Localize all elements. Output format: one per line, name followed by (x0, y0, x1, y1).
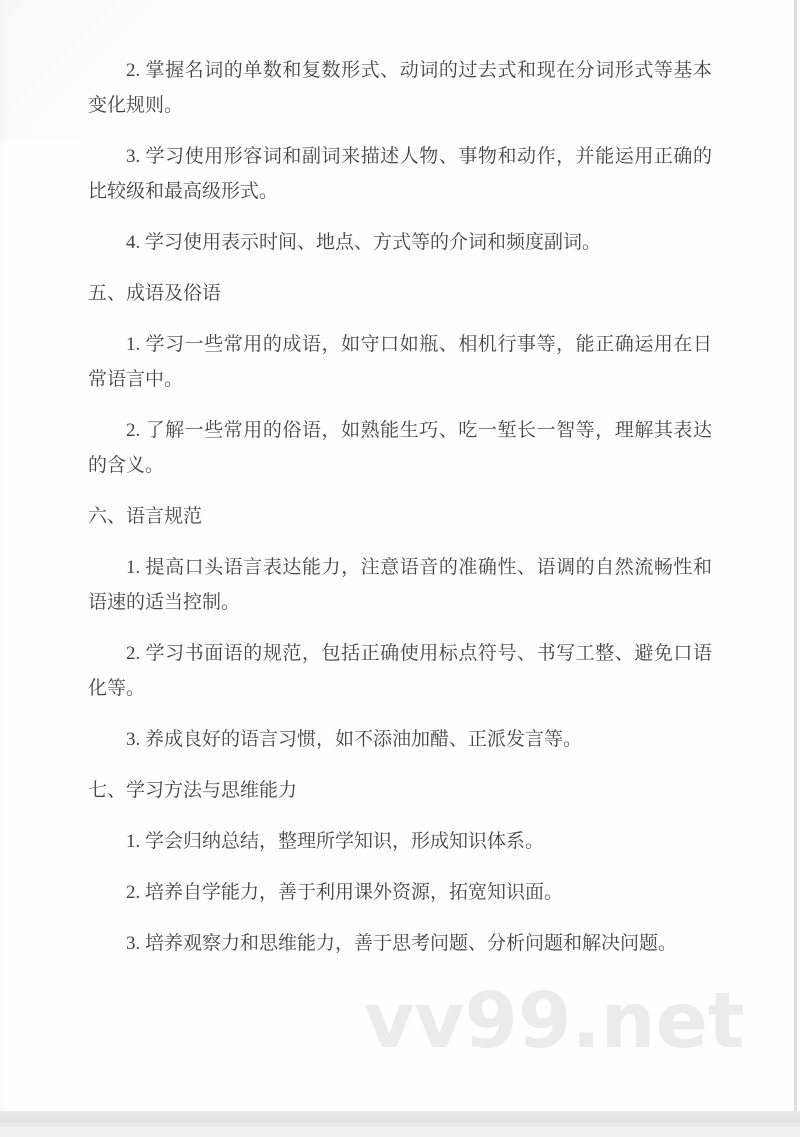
paragraph: 1. 学习一些常用的成语，如守口如瓶、相机行事等，能正确运用在日常语言中。 (88, 327, 712, 397)
paragraph: 1. 学会归纳总结，整理所学知识，形成知识体系。 (88, 824, 712, 859)
watermark: vv99.net (364, 983, 745, 1060)
section-heading: 五、成语及俗语 (88, 276, 712, 311)
paragraph: 2. 培养自学能力，善于利用课外资源，拓宽知识面。 (88, 875, 712, 910)
document-body-text: 2. 掌握名词的单数和复数形式、动词的过去式和现在分词形式等基本变化规则。 3.… (88, 53, 712, 977)
below-page-gap (0, 1127, 800, 1137)
section-heading: 六、语言规范 (88, 499, 712, 534)
paragraph: 2. 掌握名词的单数和复数形式、动词的过去式和现在分词形式等基本变化规则。 (88, 53, 712, 123)
paragraph: 2. 学习书面语的规范，包括正确使用标点符号、书写工整、避免口语化等。 (88, 636, 712, 706)
paragraph: 3. 学习使用形容词和副词来描述人物、事物和动作，并能运用正确的比较级和最高级形… (88, 139, 712, 209)
section-heading: 七、学习方法与思维能力 (88, 773, 712, 808)
page-right-edge-line (794, 0, 797, 1127)
document-page: 2. 掌握名词的单数和复数形式、动词的过去式和现在分词形式等基本变化规则。 3.… (0, 0, 800, 1127)
page-bottom-edge (0, 1111, 800, 1127)
paragraph: 4. 学习使用表示时间、地点、方式等的介词和频度副词。 (88, 225, 712, 260)
paragraph: 1. 提高口头语言表达能力，注意语音的准确性、语调的自然流畅性和语速的适当控制。 (88, 550, 712, 620)
paragraph: 3. 养成良好的语言习惯，如不添油加醋、正派发言等。 (88, 722, 712, 757)
paragraph: 3. 培养观察力和思维能力，善于思考问题、分析问题和解决问题。 (88, 926, 712, 961)
paragraph: 2. 了解一些常用的俗语，如熟能生巧、吃一堑长一智等，理解其表达的含义。 (88, 413, 712, 483)
scan-left-shade (0, 0, 8, 1127)
